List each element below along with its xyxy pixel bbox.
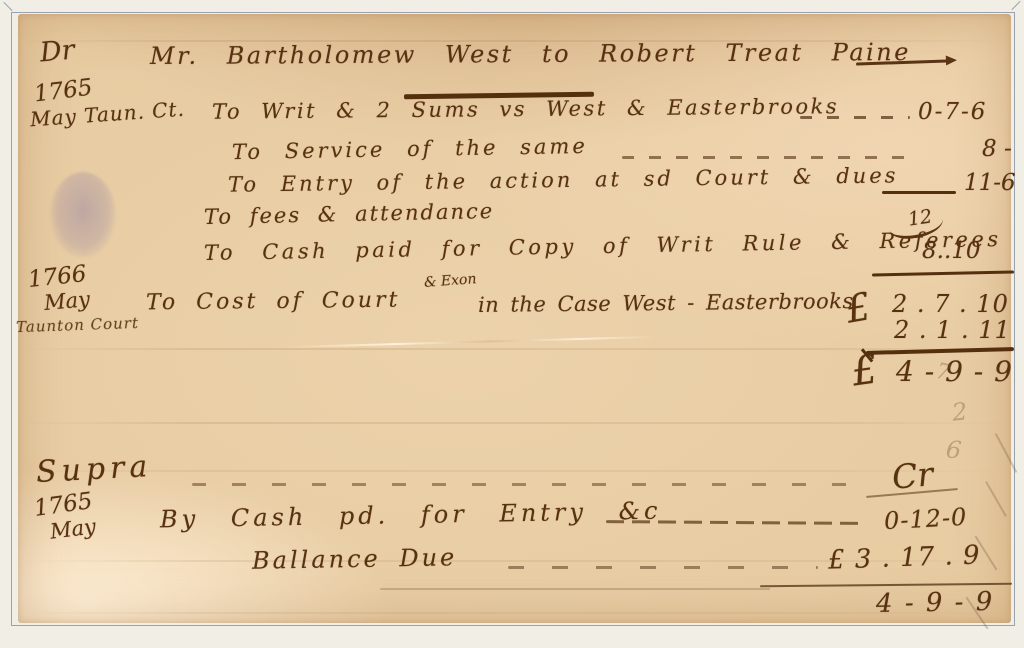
- scanned-manuscript: Dr Mr. Bartholomew West to Robert Treat …: [0, 0, 1024, 648]
- entry-description: To Cost of Court: [146, 288, 401, 316]
- entry-amount: 8..10: [922, 238, 981, 264]
- leader-dashes: [800, 116, 910, 119]
- paper-crease: [20, 422, 1008, 424]
- account-title: Mr. Bartholomew West to Robert Treat Pai…: [150, 38, 911, 70]
- leader-dashes: [192, 483, 870, 486]
- leader-dashes: [622, 156, 908, 159]
- leader-dashes: [508, 566, 818, 569]
- balance-rule-faint: [380, 588, 770, 590]
- month-label: May: [43, 287, 91, 315]
- entry-amount: 0-12-0: [883, 503, 968, 535]
- entry-amount: 8 -: [982, 136, 1012, 162]
- debit-abbreviation: Dr: [39, 35, 76, 69]
- supra-label: Supra: [35, 449, 153, 490]
- entry-amount: 2 . 1 . 11: [894, 316, 1011, 344]
- debit-total-amount: 4 - 9 - 9: [896, 355, 1013, 388]
- balance-due-label: Ballance Due: [252, 543, 458, 575]
- paper-crease: [20, 612, 1008, 614]
- entry-amount: 11-6: [964, 170, 1016, 196]
- leader-line: [882, 191, 956, 194]
- balance-due-amount: £ 3 . 17 . 9: [828, 540, 982, 575]
- embossed-seal-stamp: [50, 172, 116, 258]
- entry-amount: 2 . 7 . 10: [892, 290, 1009, 318]
- corner-crop-mark: [3, 2, 12, 11]
- paper-crease: [20, 470, 1008, 472]
- entry-amount: 0-7-6: [918, 99, 987, 125]
- bleedthrough-digit: 2: [951, 397, 969, 426]
- entry-description: in the Case West - Easterbrooks: [478, 289, 854, 317]
- bleedthrough-digit: 6: [945, 435, 963, 464]
- corner-crop-mark: [1011, 1, 1020, 10]
